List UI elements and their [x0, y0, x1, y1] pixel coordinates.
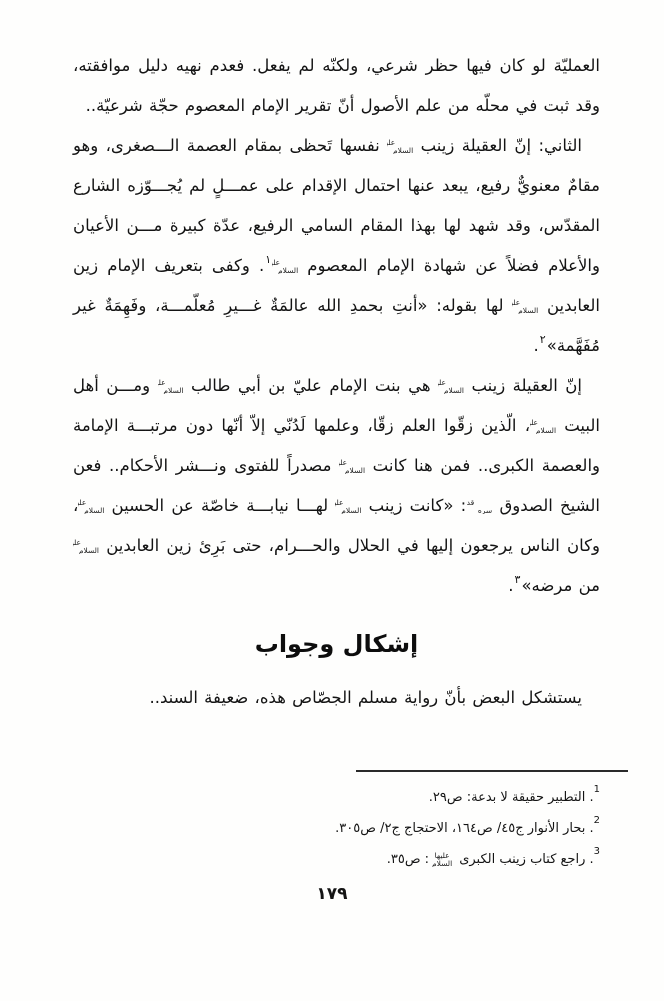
footnote-2: 2. بحار الأنوار ج٤٥/ ص١٦٤، الاحتجاج ج٢/ …: [60, 813, 600, 844]
honorific-mark: عليه السلام: [158, 379, 184, 395]
book-page: العمليّة لو كان فيها حظر شرعي، ولكنّه لم…: [0, 0, 664, 1001]
footnote-ref: ٢: [540, 333, 546, 346]
footnote-ref: ١: [265, 253, 271, 266]
honorific-mark: عليها السلام: [387, 139, 413, 155]
honorific-mark: عليها السلام: [438, 379, 464, 395]
honorific-mark: عليه السلام: [272, 259, 298, 275]
page-number: ١٧٩: [0, 884, 664, 904]
footnote-1: 1. التطبير حقيقة لا بدعة: ص٢٩.: [60, 782, 600, 813]
honorific-mark: عليها السلام: [429, 852, 455, 868]
text-block: العمليّة لو كان فيها حظر شرعي، ولكنّه لم…: [73, 46, 600, 718]
honorific-mark: عليها السلام: [335, 499, 361, 515]
para-objection: يستشكل البعض بأنّ رواية مسلم الجصّاص هذه…: [73, 678, 600, 718]
honorific-mark: عليه السلام: [78, 499, 104, 515]
para-continuation: العمليّة لو كان فيها حظر شرعي، ولكنّه لم…: [73, 46, 600, 126]
honorific-mark: عليه السلام: [73, 539, 99, 555]
footnote-marker-2: 2: [594, 815, 600, 826]
honorific-mark: عليها السلام: [339, 459, 365, 475]
honorific-mark: عليهم السلام: [530, 419, 556, 435]
honorific-mark: عليه السلام: [512, 299, 538, 315]
section-heading: إشكال وجواب: [73, 630, 600, 658]
para-zaynab-lineage: إنّ العقيلة زينب عليها السلام هي بنت الإ…: [73, 366, 600, 606]
footnote-3: 3. راجع كتاب زينب الكبرى عليها السلام: ص…: [60, 844, 600, 875]
para-second-point: الثاني: إنّ العقيلة زينب عليها السلام نف…: [73, 126, 600, 366]
footnote-separator: [356, 770, 628, 772]
footnote-marker-3: 3: [594, 846, 600, 857]
footnote-marker-1: 1: [594, 784, 600, 795]
footnote-text-2: . بحار الأنوار ج٤٥/ ص١٦٤، الاحتجاج ج٢/ ص…: [335, 821, 593, 836]
footnotes-section: 1. التطبير حقيقة لا بدعة: ص٢٩. 2. بحار ا…: [60, 782, 600, 875]
footnote-text-3: . راجع كتاب زينب الكبرى عليها السلام: ص٣…: [387, 852, 594, 867]
footnote-ref: ٣: [515, 573, 521, 586]
honorific-mark: قدس سره: [466, 499, 492, 515]
footnote-text-1: . التطبير حقيقة لا بدعة: ص٢٩.: [429, 790, 594, 805]
